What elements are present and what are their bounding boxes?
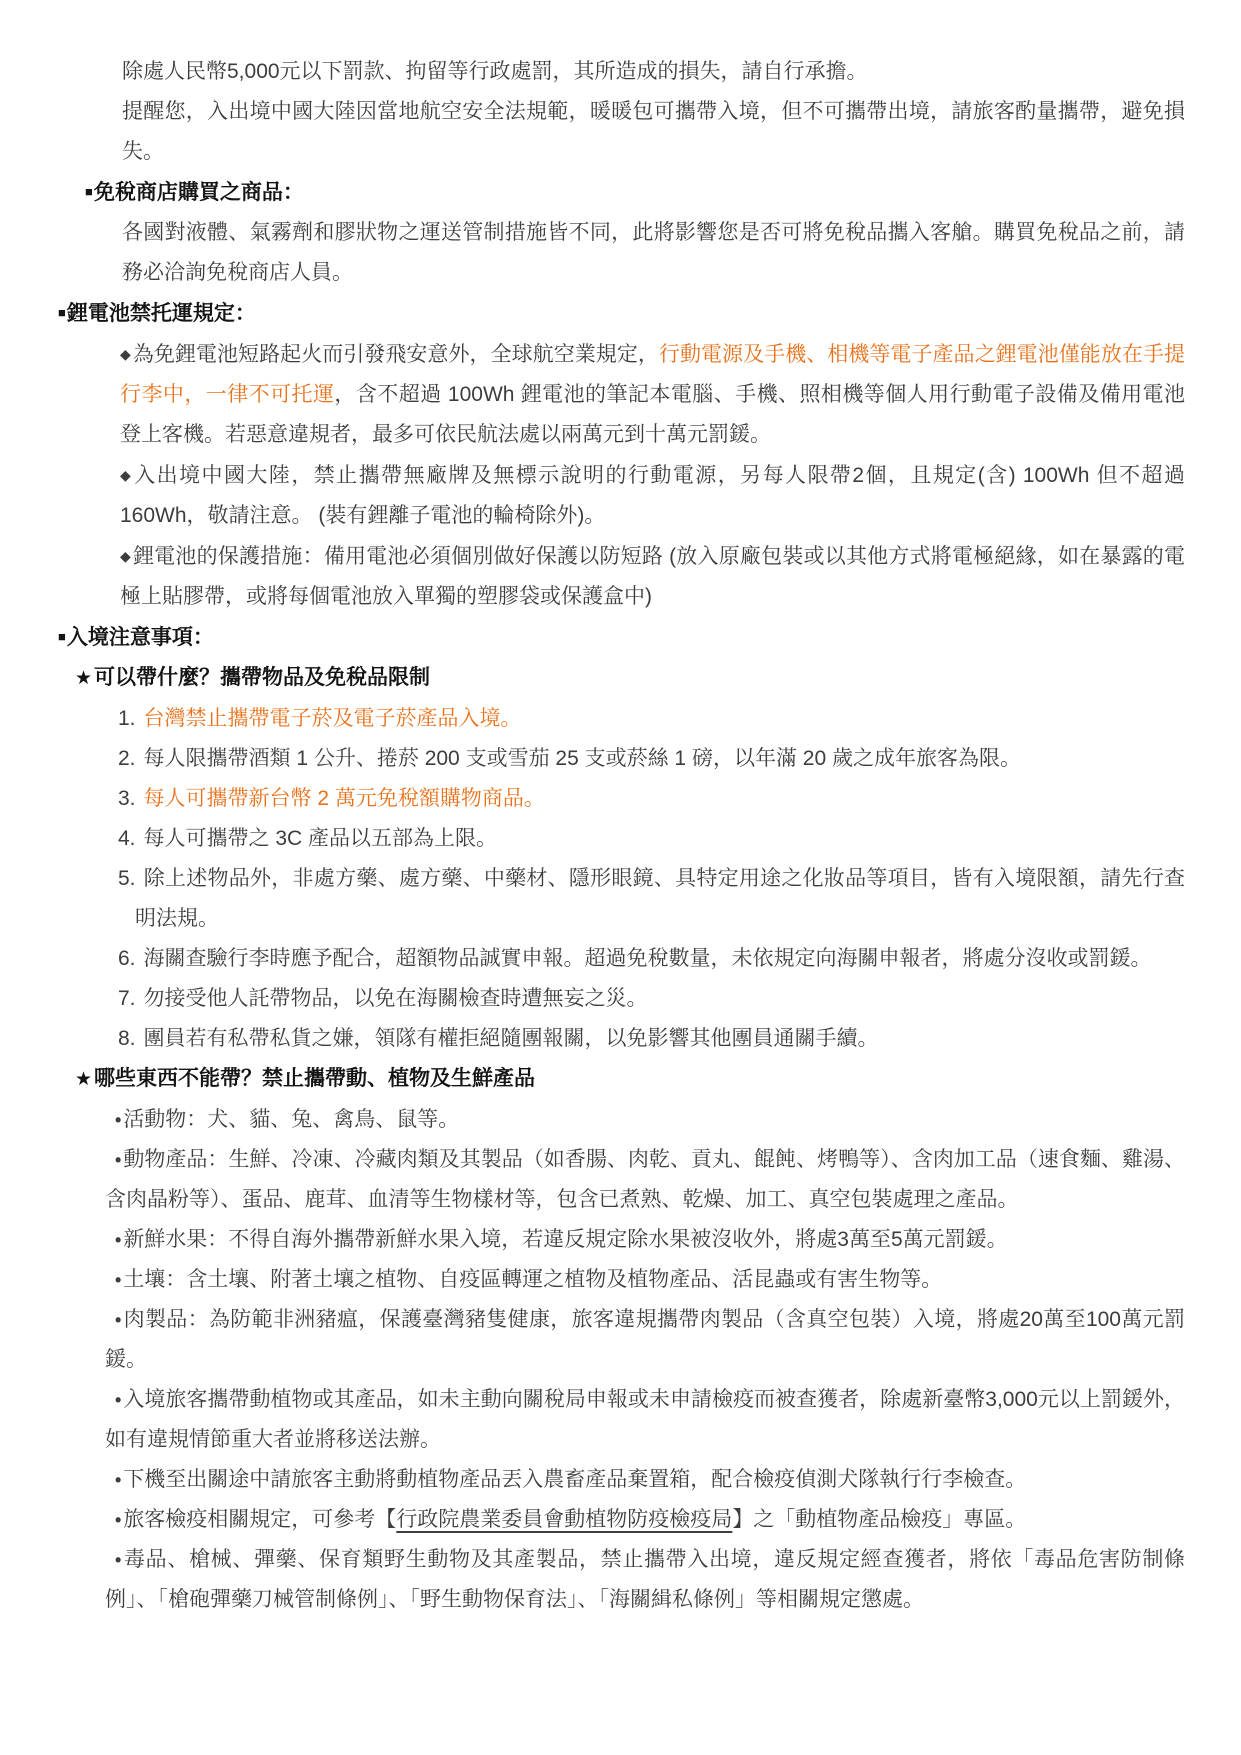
diamond-list-item: ◆入出境中國大陸，禁止攜帶無廠牌及無標示說明的行動電源，另每人限帶2個，且規定(…	[58, 455, 1185, 536]
dot-bullet-icon: •	[115, 1230, 121, 1250]
text-run: 各國對液體、氣霧劑和膠狀物之運送管制措施皆不同，此將影響您是否可將免稅品攜入客艙…	[122, 221, 1185, 284]
square-bullet-icon: ■	[58, 629, 66, 644]
star-icon: ★	[75, 1069, 92, 1090]
text-run: 活動物：犬、貓、兔、禽鳥、鼠等。	[123, 1108, 459, 1131]
quarantine-bureau-link[interactable]: 行政院農業委員會動植物防疫檢疫局	[396, 1508, 732, 1531]
text-run: 除上述物品外，非處方藥、處方藥、中藥材、隱形眼鏡、具特定用途之化妝品等項目，皆有…	[135, 867, 1185, 930]
item-number: 6.	[118, 947, 136, 970]
document-body: 除處人民幣5,000元以下罰款、拘留等行政處罰，其所造成的損失，請自行承擔。提醒…	[58, 52, 1185, 1620]
square-bullet-icon: ■	[85, 184, 93, 199]
highlighted-text: 每人可攜帶新台幣 2 萬元免稅額購物商品。	[144, 787, 545, 810]
dot-bullet-icon: •	[115, 1270, 121, 1290]
dot-bullet-icon: •	[115, 1150, 121, 1170]
section-heading: ■鋰電池禁托運規定：	[58, 293, 1185, 334]
numbered-list-item: 5.除上述物品外，非處方藥、處方藥、中藥材、隱形眼鏡、具特定用途之化妝品等項目，…	[58, 859, 1185, 939]
dot-bullet-icon: •	[115, 1550, 121, 1570]
item-number: 8.	[118, 1027, 136, 1050]
item-number: 5.	[118, 867, 136, 890]
text-run: 每人可攜帶之 3C 產品以五部為上限。	[144, 827, 498, 850]
bullet-list-item: •毒品、槍械、彈藥、保育類野生動物及其產製品，禁止攜帶入出境，違反規定經查獲者，…	[58, 1540, 1185, 1620]
text-run: 毒品、槍械、彈藥、保育類野生動物及其產製品，禁止攜帶入出境，違反規定經查獲者，將…	[105, 1548, 1185, 1611]
text-run: 新鮮水果：不得自海外攜帶新鮮水果入境，若違反規定除水果被沒收外，將處3萬至5萬元…	[123, 1228, 1007, 1251]
square-bullet-icon: ■	[58, 305, 66, 320]
dot-bullet-icon: •	[115, 1110, 121, 1130]
sub-heading: ★哪些東西不能帶？禁止攜帶動、植物及生鮮產品	[58, 1059, 1185, 1100]
item-number: 3.	[118, 787, 136, 810]
highlighted-text: 台灣禁止攜帶電子菸及電子菸產品入境。	[144, 707, 522, 730]
dot-bullet-icon: •	[115, 1310, 121, 1330]
section-heading: ■免稅商店購買之商品：	[58, 172, 1185, 213]
diamond-icon: ◆	[120, 548, 131, 564]
dot-bullet-icon: •	[115, 1390, 121, 1410]
numbered-list-item: 4.每人可攜帶之 3C 產品以五部為上限。	[58, 819, 1185, 859]
text-run: 免稅商店購買之商品：	[94, 181, 304, 204]
item-number: 7.	[118, 987, 136, 1010]
text-run: 土壤：含土壤、附著土壤之植物、自疫區轉運之植物及植物產品、活昆蟲或有害生物等。	[123, 1268, 942, 1291]
text-run: 海關查驗行李時應予配合，超額物品誠實申報。超過免稅數量，未依規定向海關申報者，將…	[144, 947, 1152, 970]
text-run: 為免鋰電池短路起火而引發飛安意外，全球航空業規定，	[133, 343, 659, 366]
bullet-list-item: •活動物：犬、貓、兔、禽鳥、鼠等。	[58, 1100, 1185, 1140]
text-run: 勿接受他人託帶物品，以免在海關檢查時遭無妄之災。	[144, 987, 648, 1010]
text-run: 團員若有私帶私貨之嫌，領隊有權拒絕隨團報關，以免影響其他團員通關手續。	[144, 1027, 879, 1050]
text-run: 動物產品：生鮮、冷凍、冷藏肉類及其製品（如香腸、肉乾、貢丸、餛飩、烤鴨等）、含肉…	[105, 1148, 1185, 1211]
bullet-list-item: •土壤：含土壤、附著土壤之植物、自疫區轉運之植物及植物產品、活昆蟲或有害生物等。	[58, 1260, 1185, 1300]
dot-bullet-icon: •	[115, 1470, 121, 1490]
diamond-icon: ◆	[120, 467, 132, 483]
dot-bullet-icon: •	[115, 1510, 121, 1530]
numbered-list-item: 3.每人可攜帶新台幣 2 萬元免稅額購物商品。	[58, 779, 1185, 819]
item-number: 4.	[118, 827, 136, 850]
text-run: 入出境中國大陸，禁止攜帶無廠牌及無標示說明的行動電源，另每人限帶2個，且規定(含…	[120, 464, 1185, 527]
text-run: 旅客檢疫相關規定，可參考【	[123, 1508, 396, 1531]
paragraph: 各國對液體、氣霧劑和膠狀物之運送管制措施皆不同，此將影響您是否可將免稅品攜入客艙…	[58, 213, 1185, 293]
bullet-list-item: •新鮮水果：不得自海外攜帶新鮮水果入境，若違反規定除水果被沒收外，將處3萬至5萬…	[58, 1220, 1185, 1260]
text-run: 可以帶什麼？攜帶物品及免稅品限制	[94, 666, 430, 689]
text-run: 】之「動植物產品檢疫」專區。	[732, 1508, 1026, 1531]
text-run: 肉製品：為防範非洲豬瘟，保護臺灣豬隻健康，旅客違規攜帶肉製品（含真空包裝）入境，…	[105, 1308, 1185, 1371]
text-run: 下機至出關途中請旅客主動將動植物產品丟入農畜產品棄置箱，配合檢疫偵測犬隊執行行李…	[123, 1468, 1026, 1491]
text-run: 鋰電池的保護措施：備用電池必須個別做好保護以防短路 (放入原廠包裝或以其他方式將…	[120, 545, 1185, 608]
text-run: 入境旅客攜帶動植物或其產品，如未主動向關稅局申報或未申請檢疫而被查獲者，除處新臺…	[105, 1388, 1185, 1451]
paragraph: 除處人民幣5,000元以下罰款、拘留等行政處罰，其所造成的損失，請自行承擔。	[58, 52, 1185, 92]
paragraph: 提醒您，入出境中國大陸因當地航空安全法規範，暖暖包可攜帶入境，但不可攜帶出境，請…	[58, 92, 1185, 172]
text-run: 哪些東西不能帶？禁止攜帶動、植物及生鮮產品	[94, 1067, 535, 1090]
text-run: 除處人民幣5,000元以下罰款、拘留等行政處罰，其所造成的損失，請自行承擔。	[122, 60, 868, 83]
bullet-list-item: •下機至出關途中請旅客主動將動植物產品丟入農畜產品棄置箱，配合檢疫偵測犬隊執行行…	[58, 1460, 1185, 1500]
text-run: 入境注意事項：	[67, 626, 214, 649]
numbered-list-item: 2.每人限攜帶酒類 1 公升、捲菸 200 支或雪茄 25 支或菸絲 1 磅，以…	[58, 739, 1185, 779]
item-number: 1.	[118, 707, 136, 730]
star-icon: ★	[75, 668, 92, 689]
item-number: 2.	[118, 747, 136, 770]
text-run: 提醒您，入出境中國大陸因當地航空安全法規範，暖暖包可攜帶入境，但不可攜帶出境，請…	[122, 100, 1185, 163]
bullet-list-item: •旅客檢疫相關規定，可參考【行政院農業委員會動植物防疫檢疫局】之「動植物產品檢疫…	[58, 1500, 1185, 1540]
bullet-list-item: •入境旅客攜帶動植物或其產品，如未主動向關稅局申報或未申請檢疫而被查獲者，除處新…	[58, 1380, 1185, 1460]
bullet-list-item: •肉製品：為防範非洲豬瘟，保護臺灣豬隻健康，旅客違規攜帶肉製品（含真空包裝）入境…	[58, 1300, 1185, 1380]
diamond-list-item: ◆鋰電池的保護措施：備用電池必須個別做好保護以防短路 (放入原廠包裝或以其他方式…	[58, 536, 1185, 617]
document-page: 除處人民幣5,000元以下罰款、拘留等行政處罰，其所造成的損失，請自行承擔。提醒…	[0, 0, 1241, 1755]
text-run: 鋰電池禁托運規定：	[67, 302, 256, 325]
diamond-icon: ◆	[120, 346, 131, 362]
diamond-list-item: ◆為免鋰電池短路起火而引發飛安意外，全球航空業規定，行動電源及手機、相機等電子產…	[58, 334, 1185, 455]
numbered-list-item: 6.海關查驗行李時應予配合，超額物品誠實申報。超過免稅數量，未依規定向海關申報者…	[58, 939, 1185, 979]
text-run: 每人限攜帶酒類 1 公升、捲菸 200 支或雪茄 25 支或菸絲 1 磅，以年滿…	[144, 747, 1021, 770]
numbered-list-item: 8.團員若有私帶私貨之嫌，領隊有權拒絕隨團報關，以免影響其他團員通關手續。	[58, 1019, 1185, 1059]
sub-heading: ★可以帶什麼？攜帶物品及免稅品限制	[58, 658, 1185, 699]
bullet-list-item: •動物產品：生鮮、冷凍、冷藏肉類及其製品（如香腸、肉乾、貢丸、餛飩、烤鴨等）、含…	[58, 1140, 1185, 1220]
numbered-list-item: 7.勿接受他人託帶物品，以免在海關檢查時遭無妄之災。	[58, 979, 1185, 1019]
numbered-list-item: 1.台灣禁止攜帶電子菸及電子菸產品入境。	[58, 699, 1185, 739]
section-heading: ■入境注意事項：	[58, 617, 1185, 658]
